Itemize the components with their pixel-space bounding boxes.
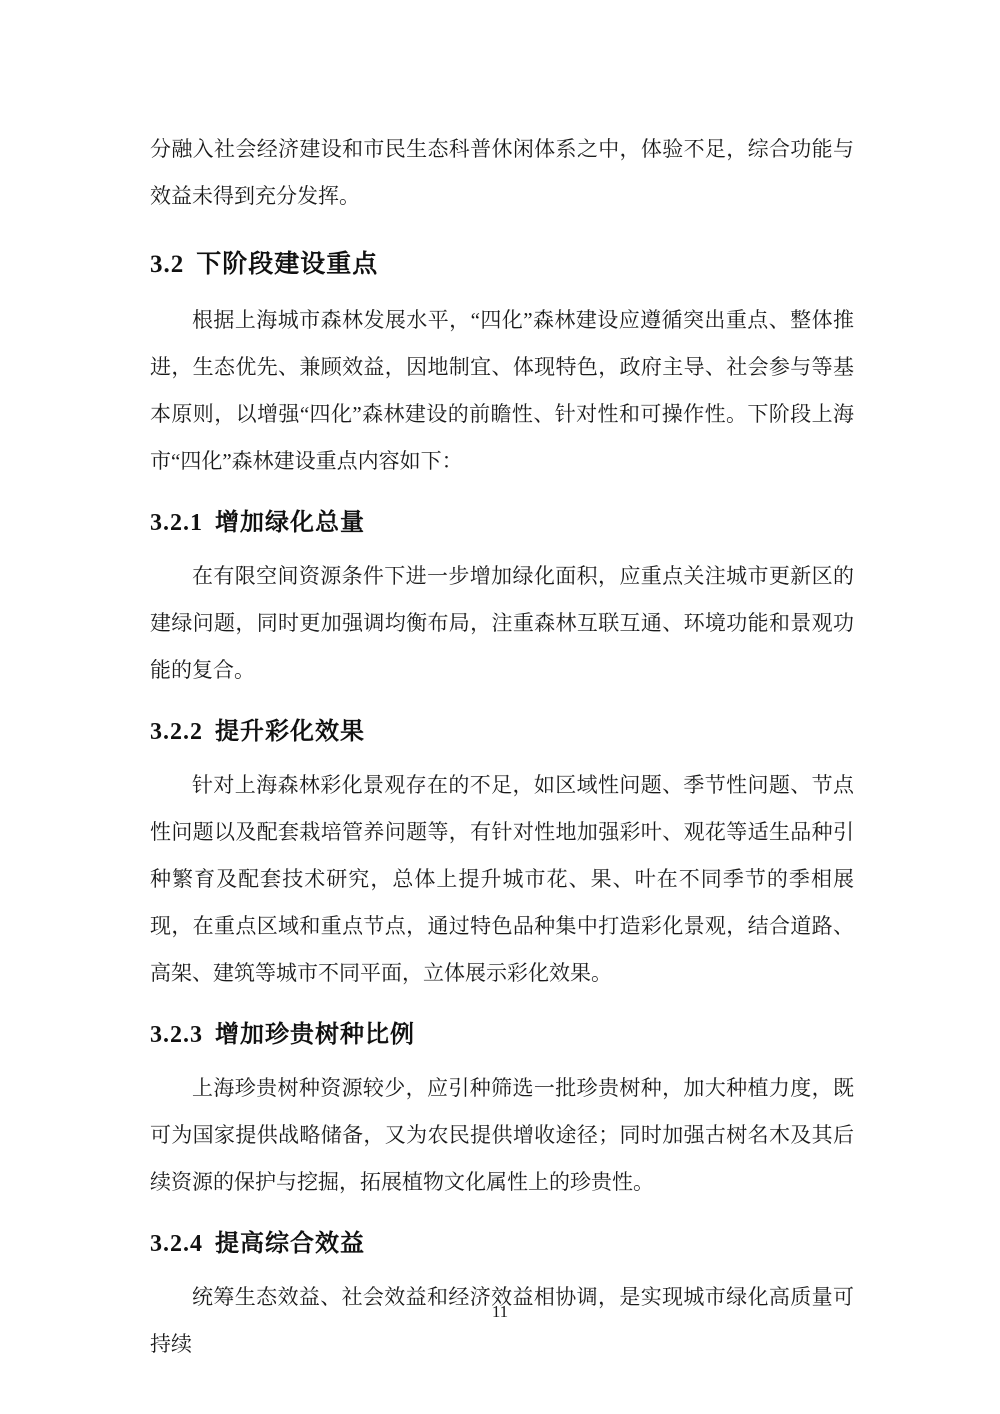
heading-title: 增加珍贵树种比例 xyxy=(215,1021,415,1048)
intro-paragraph: 分融入社会经济建设和市民生态科普休闲体系之中，体验不足，综合功能与效益未得到充分… xyxy=(150,126,854,220)
section-heading-3-2: 3.2下阶段建设重点 xyxy=(150,246,854,283)
section-3-2-2-paragraph: 针对上海森林彩化景观存在的不足，如区域性问题、季节性问题、节点性问题以及配套栽培… xyxy=(150,762,854,997)
heading-number: 3.2.4 xyxy=(150,1231,203,1257)
heading-number: 3.2.3 xyxy=(150,1022,203,1048)
heading-number: 3.2.1 xyxy=(150,510,203,536)
heading-title: 下阶段建设重点 xyxy=(196,250,378,278)
page-number: 11 xyxy=(492,1302,508,1321)
section-3-2-1-paragraph: 在有限空间资源条件下进一步增加绿化面积，应重点关注城市更新区的建绿问题，同时更加… xyxy=(150,553,854,694)
heading-number: 3.2 xyxy=(150,251,184,278)
page-footer: 11 xyxy=(0,1302,1000,1322)
section-heading-3-2-2: 3.2.2提升彩化效果 xyxy=(150,714,854,750)
heading-title: 提升彩化效果 xyxy=(215,718,365,745)
section-heading-3-2-1: 3.2.1增加绿化总量 xyxy=(150,505,854,541)
section-heading-3-2-3: 3.2.3增加珍贵树种比例 xyxy=(150,1017,854,1053)
heading-title: 提高综合效益 xyxy=(215,1230,365,1257)
section-3-2-3-paragraph: 上海珍贵树种资源较少，应引种筛选一批珍贵树种，加大种植力度，既可为国家提供战略储… xyxy=(150,1065,854,1206)
heading-title: 增加绿化总量 xyxy=(215,509,365,536)
section-heading-3-2-4: 3.2.4提高综合效益 xyxy=(150,1226,854,1262)
section-3-2-paragraph: 根据上海城市森林发展水平，“四化”森林建设应遵循突出重点、整体推进，生态优先、兼… xyxy=(150,297,854,485)
document-page: 分融入社会经济建设和市民生态科普休闲体系之中，体验不足，综合功能与效益未得到充分… xyxy=(0,0,1000,1414)
heading-number: 3.2.2 xyxy=(150,719,203,745)
